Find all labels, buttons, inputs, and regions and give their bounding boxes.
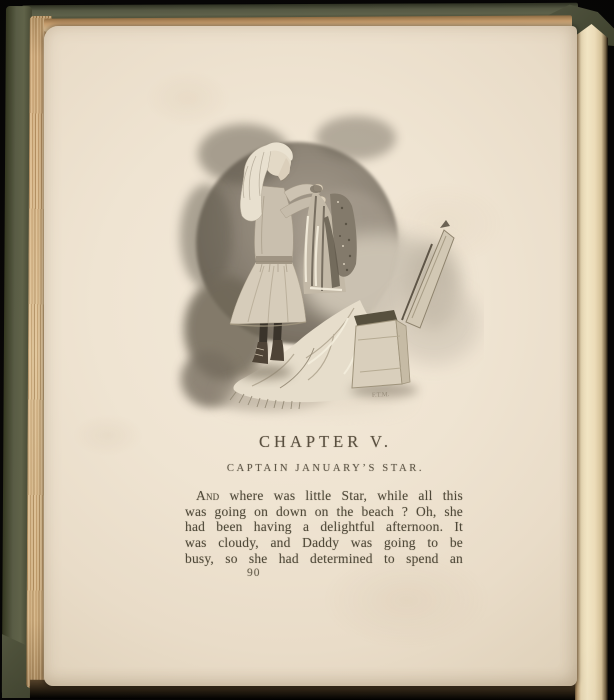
paragraph-line: was going on down on the beach ? Oh, she: [185, 504, 463, 520]
book-photo: F.T.M. CHAPTER V. CAPTAIN JANUARY’S STAR…: [0, 0, 614, 700]
book-page: F.T.M. CHAPTER V. CAPTAIN JANUARY’S STAR…: [44, 26, 577, 686]
page-number: 90: [247, 567, 261, 579]
page-stack-edge-right: [575, 24, 608, 700]
paragraph-line: busy, so she had determined to spend an: [185, 551, 463, 567]
paragraph-line: had been having a delightful afternoon. …: [185, 519, 463, 535]
body-paragraph: And where was little Star, while all thi…: [185, 488, 463, 566]
chapter-heading: CHAPTER V.: [175, 432, 476, 452]
paragraph-line-text: where was little Star, while all this: [230, 488, 463, 503]
story-illustration: F.T.M.: [144, 96, 484, 426]
lead-word: And: [196, 488, 219, 503]
chapter-subtitle: CAPTAIN JANUARY’S STAR.: [175, 463, 476, 474]
paragraph-line: was cloudy, and Daddy was going to be: [185, 535, 463, 551]
paragraph-line: And where was little Star, while all thi…: [185, 488, 463, 504]
artist-signature: F.T.M.: [372, 391, 390, 399]
